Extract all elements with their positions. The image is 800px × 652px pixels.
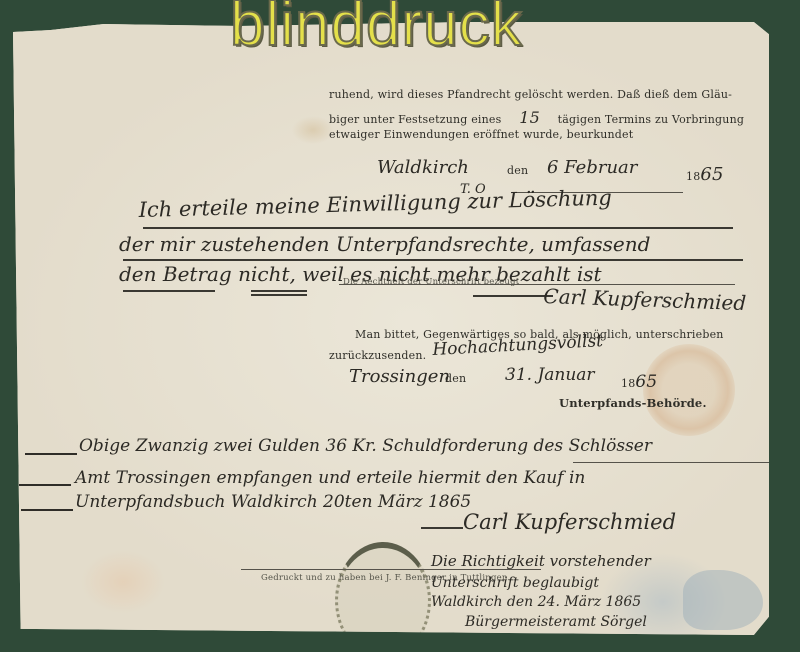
year-2: 1865 [621, 372, 657, 392]
handwritten-days: 15 [519, 108, 540, 127]
dash-mark [25, 453, 77, 455]
handwritten-date-2: 31. Januar [505, 365, 595, 385]
signature-1: Carl Kupferschmied [543, 284, 747, 315]
handwritten-note-line-3: Unterpfandsbuch Waldkirch 20ten März 186… [75, 492, 471, 512]
signature-rule [421, 527, 463, 529]
handwritten-closing-line-3: Waldkirch den 24. März 1865 [431, 594, 641, 610]
handwritten-note-line-2: Amt Trossingen empfangen und erteile hie… [75, 468, 585, 488]
blue-stain [683, 570, 763, 630]
handwritten-closing-line-2: Unterschrift beglaubigt [431, 575, 599, 591]
authority-label: Unterpfands-Behörde. [559, 396, 707, 410]
printed-line-2: biger unter Festsetzung eines 15 tägigen… [329, 108, 744, 127]
underline [251, 294, 307, 296]
printed-den-1: den [507, 164, 528, 177]
handwritten-body-line-2: der mir zustehenden Unterpfandsrechte, u… [119, 232, 650, 256]
dash-mark [21, 509, 73, 511]
underline [143, 227, 733, 229]
dash-mark [19, 484, 71, 486]
attestation-label: Die Aechtheit der Unterschrift bezeugt [343, 277, 519, 287]
document-paper: ruhend, wird dieses Pfandrecht gelöscht … [13, 22, 769, 635]
underline [251, 290, 307, 292]
printed-den-2: den [445, 372, 466, 385]
underline [123, 290, 215, 292]
underline [123, 259, 743, 261]
watermark-blinddruck: blinddruck [230, 0, 523, 56]
printed-line-1: ruhend, wird dieses Pfandrecht gelöscht … [329, 88, 732, 101]
signature-rule [473, 295, 553, 297]
handwritten-place-2: Trossingen [349, 366, 450, 387]
handwritten-closing-line-1: Die Richtigkeit vorstehender [431, 552, 651, 570]
handwritten-note-line-1: Obige Zwanzig zwei Gulden 36 Kr. Schuldf… [79, 436, 652, 456]
handwritten-date-1: 6 Februar [547, 157, 637, 178]
rule [573, 462, 773, 463]
signature-2: Carl Kupferschmied [463, 510, 676, 534]
printed-line-3: etwaiger Einwendungen eröffnet wurde, be… [329, 128, 633, 141]
year-1: 1865 [686, 164, 724, 185]
handwritten-place-1: Waldkirch [377, 157, 469, 178]
printed-request-line-2: zurückzusenden. [329, 349, 426, 362]
handwritten-body-line-1: Ich erteile meine Einwilligung zur Lösch… [138, 186, 612, 222]
handwritten-closing-line-4: Bürgermeisteramt Sörgel [465, 614, 647, 630]
